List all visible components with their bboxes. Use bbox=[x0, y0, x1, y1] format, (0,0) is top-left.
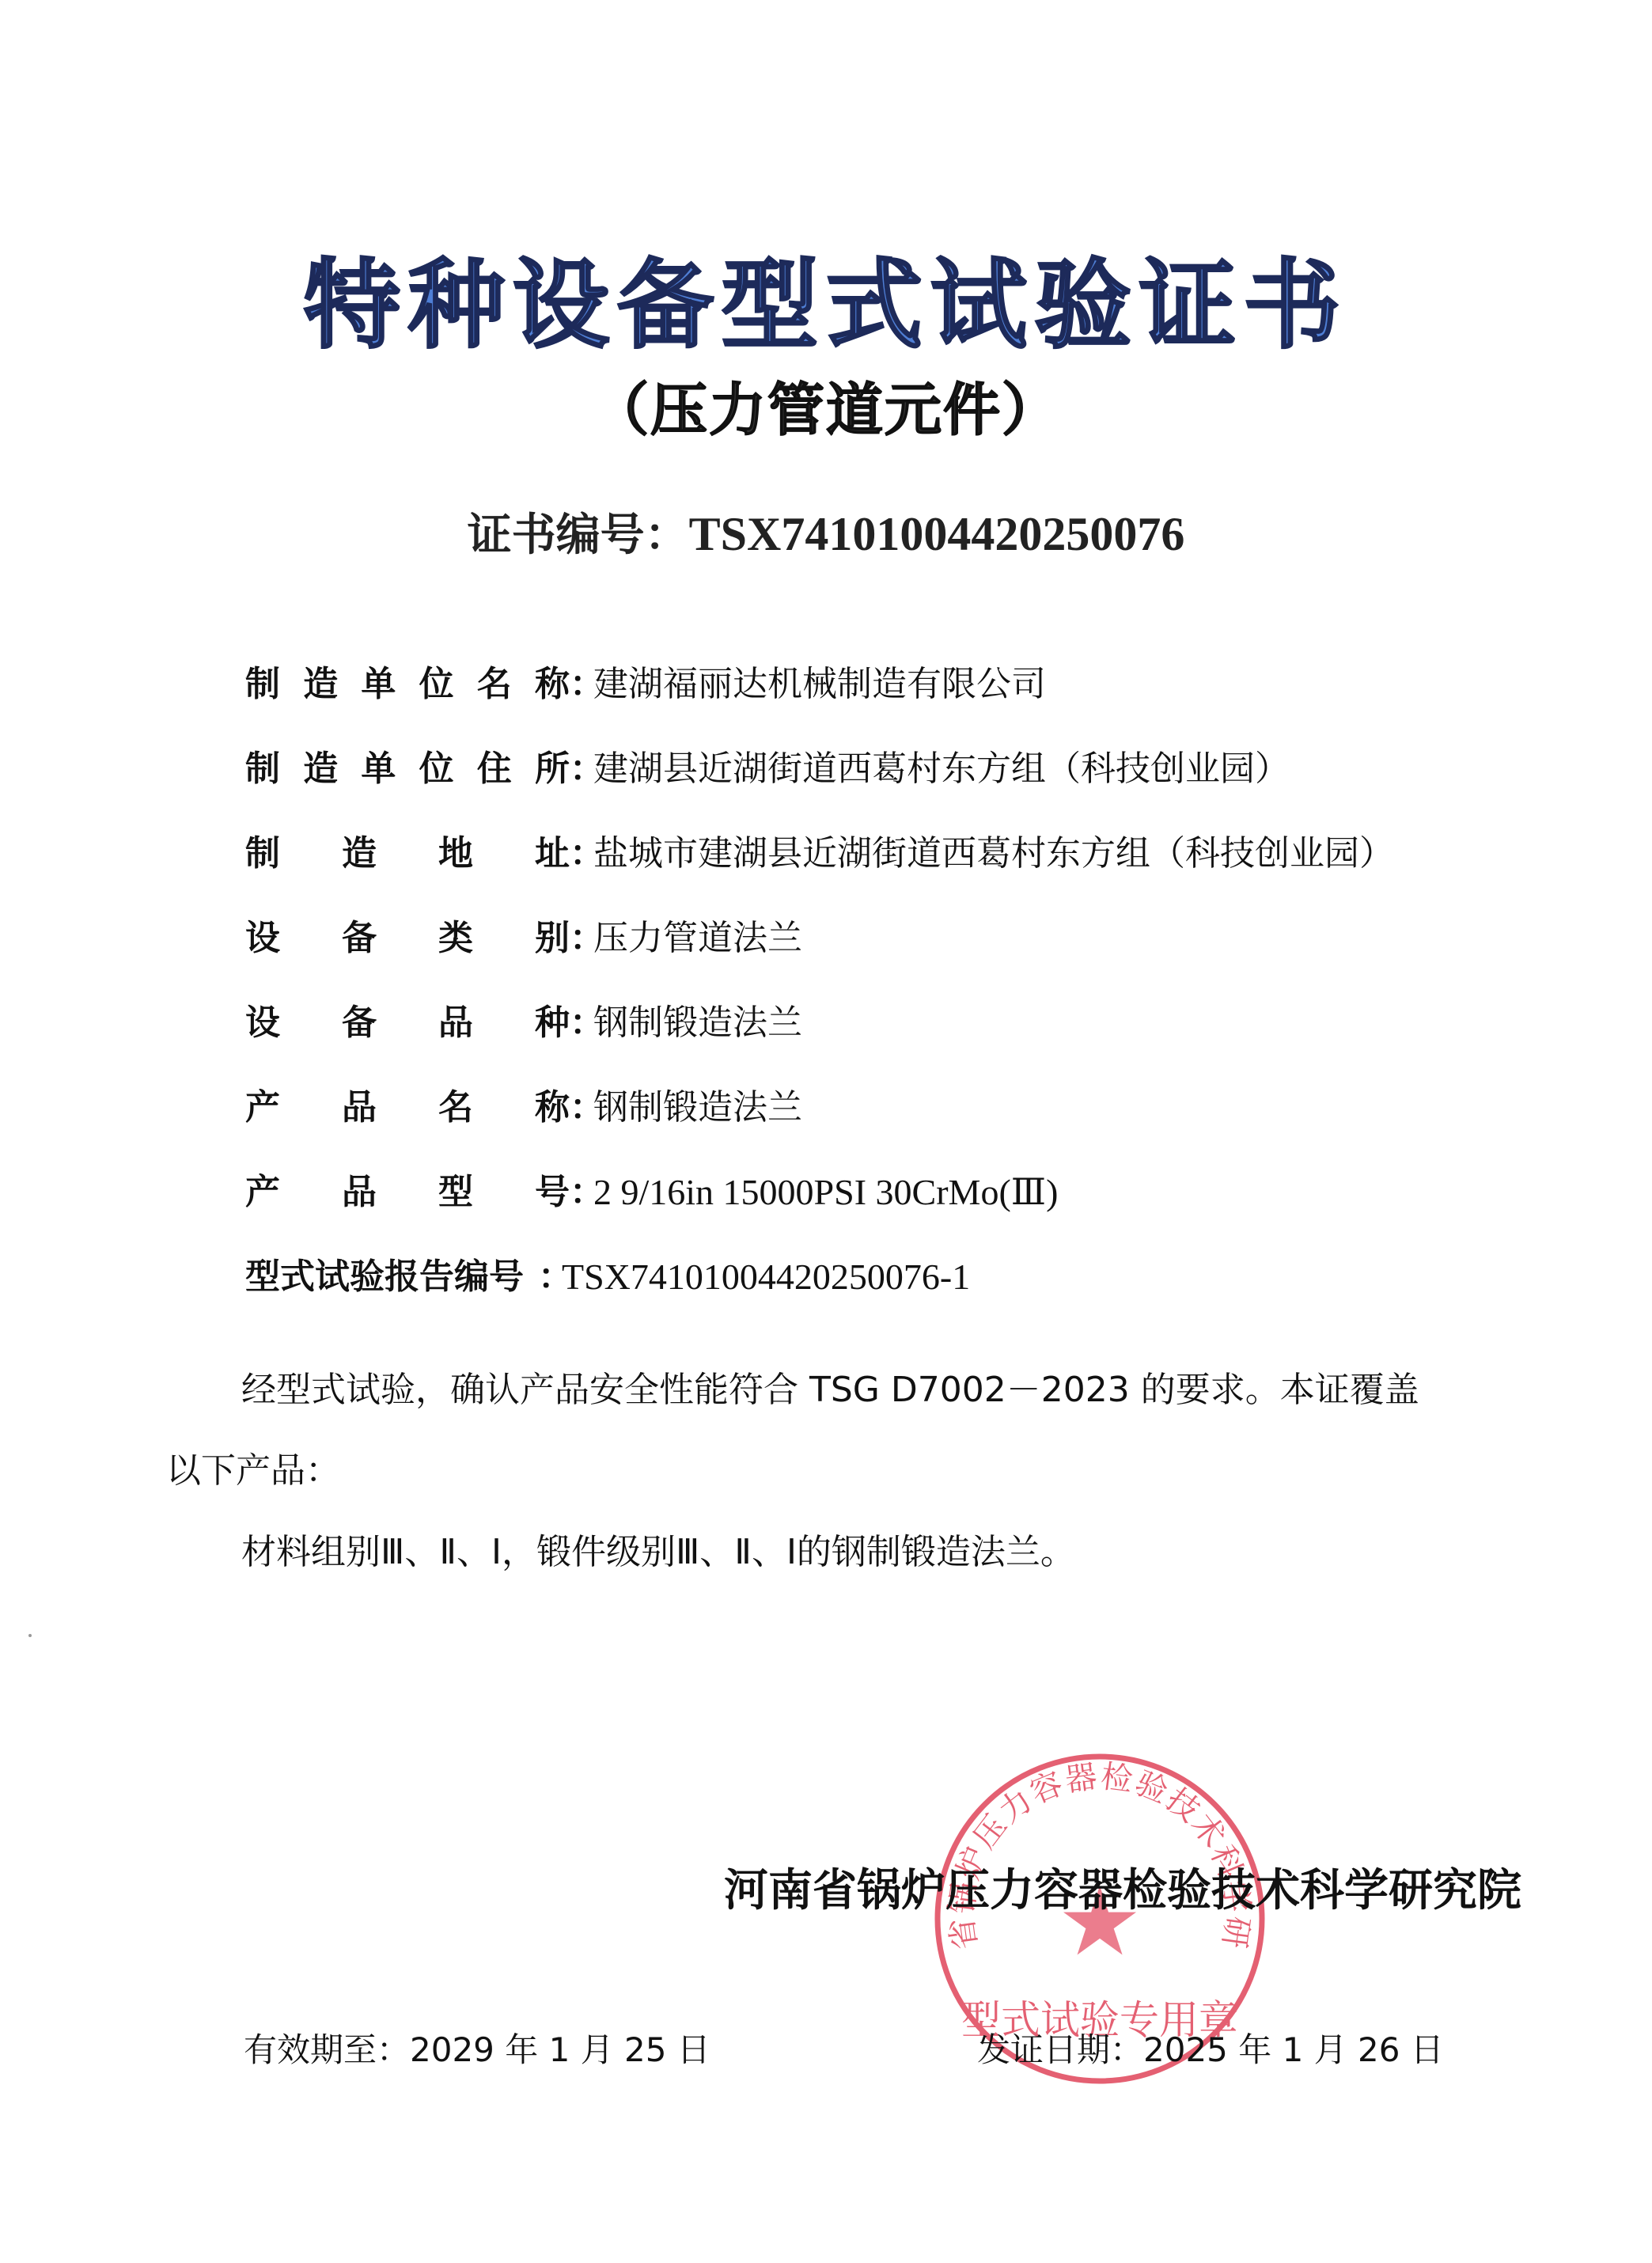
field-label-char: 称 bbox=[535, 1090, 570, 1125]
statement-line-2: 以下产品： bbox=[166, 1454, 340, 1488]
field-row-equipment-category: 设备类别 ： 压力管道法兰 bbox=[245, 915, 802, 962]
field-label-char: 种 bbox=[535, 1006, 570, 1041]
field-label-char: 位 bbox=[419, 667, 454, 702]
field-row-manufacturer-address: 制造单位住所 ： 建湖县近湖街道西葛村东方组（科技创业园） bbox=[245, 745, 1290, 793]
field-label-char: 制 bbox=[245, 836, 280, 871]
field-colon: ： bbox=[570, 1006, 593, 1041]
field-label-char: 地 bbox=[438, 836, 473, 871]
certificate-title: 特种设备型式试验证书 bbox=[0, 257, 1652, 354]
statement-line-1: 经型式试验，确认产品安全性能符合 TSG D7002－2023 的要求。本证覆盖 bbox=[241, 1373, 1419, 1408]
field-label-char: 别 bbox=[535, 921, 570, 956]
field-label-char: 类 bbox=[438, 921, 473, 956]
certificate-number-value: TSX74101004420250076 bbox=[689, 508, 1185, 560]
field-colon: ： bbox=[570, 667, 593, 702]
field-value: 钢制锻造法兰 bbox=[593, 1006, 802, 1041]
field-colon: ： bbox=[570, 1175, 593, 1210]
field-label-char: 产 bbox=[245, 1175, 280, 1210]
certificate-subtitle: （压力管道元件） bbox=[0, 381, 1652, 438]
field-label-char: 型 bbox=[438, 1175, 473, 1210]
field-label: 产品型号 bbox=[245, 1175, 570, 1210]
field-label-char: 设 bbox=[245, 921, 280, 956]
field-label-char: 单 bbox=[361, 752, 396, 787]
valid-until-date: 有效期至：2029 年 1 月 25 日 bbox=[244, 2034, 710, 2067]
field-label-char: 品 bbox=[438, 1006, 473, 1041]
statement-line-3: 材料组别Ⅲ、Ⅱ、Ⅰ，锻件级别Ⅲ、Ⅱ、Ⅰ的钢制锻造法兰。 bbox=[241, 1535, 1075, 1570]
field-label-char: 住 bbox=[477, 752, 512, 787]
scan-speck bbox=[28, 1634, 32, 1637]
field-label: 产品名称 bbox=[245, 1090, 570, 1125]
field-value: 盐城市建湖县近湖街道西葛村东方组（科技创业园） bbox=[593, 836, 1394, 871]
field-label-char: 所 bbox=[535, 752, 570, 787]
field-label-char: 设 bbox=[245, 1006, 280, 1041]
field-value: 压力管道法兰 bbox=[593, 921, 802, 956]
field-value: 钢制锻造法兰 bbox=[593, 1090, 802, 1125]
field-label-char: 备 bbox=[342, 1006, 377, 1041]
field-label-char: 造 bbox=[303, 752, 338, 787]
field-colon: ： bbox=[538, 1260, 562, 1294]
field-value: 建湖福丽达机械制造有限公司 bbox=[593, 667, 1046, 702]
certificate-number: 证书编号：TSX74101004420250076 bbox=[0, 510, 1652, 558]
field-colon: ： bbox=[570, 1090, 593, 1125]
field-label-char: 号 bbox=[535, 1175, 570, 1210]
field-label-char: 址 bbox=[535, 836, 570, 871]
field-row-product-name: 产品名称 ： 钢制锻造法兰 bbox=[245, 1084, 802, 1131]
field-label-char: 造 bbox=[342, 836, 377, 871]
field-label: 制造单位名称 bbox=[245, 667, 570, 702]
field-label-char: 名 bbox=[438, 1090, 473, 1125]
field-row-manufacturing-site: 制造地址 ： 盐城市建湖县近湖街道西葛村东方组（科技创业园） bbox=[245, 830, 1394, 878]
field-label-char: 造 bbox=[303, 667, 338, 702]
field-colon: ： bbox=[570, 836, 593, 871]
field-label-char: 备 bbox=[342, 921, 377, 956]
field-colon: ： bbox=[570, 921, 593, 956]
field-value: 建湖县近湖街道西葛村东方组（科技创业园） bbox=[593, 752, 1290, 787]
field-row-manufacturer-name: 制造单位名称 ： 建湖福丽达机械制造有限公司 bbox=[245, 661, 1046, 708]
field-label-char: 制 bbox=[245, 752, 280, 787]
field-label-char: 产 bbox=[245, 1090, 280, 1125]
field-label-char: 称 bbox=[535, 667, 570, 702]
field-row-test-report-number: 型式试验报告编号 ： TSX74101004420250076-1 bbox=[245, 1253, 970, 1301]
field-label-char: 单 bbox=[361, 667, 396, 702]
field-label-char: 名 bbox=[477, 667, 512, 702]
field-value: TSX74101004420250076-1 bbox=[562, 1259, 970, 1295]
field-label-char: 制 bbox=[245, 667, 280, 702]
field-colon: ： bbox=[570, 752, 593, 787]
field-label: 设备类别 bbox=[245, 921, 570, 956]
field-label-char: 品 bbox=[342, 1175, 377, 1210]
field-label-char: 位 bbox=[419, 752, 454, 787]
field-label: 制造单位住所 bbox=[245, 752, 570, 787]
field-label: 设备品种 bbox=[245, 1006, 570, 1041]
certificate-number-label: 证书编号： bbox=[468, 510, 689, 561]
issuing-institution: 河南省锅炉压力容器检验技术科学研究院 bbox=[724, 1869, 1521, 1913]
field-label-char: 品 bbox=[342, 1090, 377, 1125]
field-value: 2 9/16in 15000PSI 30CrMo(Ⅲ) bbox=[593, 1174, 1058, 1211]
field-label: 制造地址 bbox=[245, 836, 570, 871]
field-row-product-model: 产品型号 ： 2 9/16in 15000PSI 30CrMo(Ⅲ) bbox=[245, 1169, 1058, 1216]
field-label: 型式试验报告编号 bbox=[245, 1260, 570, 1294]
field-row-equipment-variety: 设备品种 ： 钢制锻造法兰 bbox=[245, 999, 802, 1047]
issue-date: 发证日期：2025 年 1 月 26 日 bbox=[977, 2034, 1444, 2067]
